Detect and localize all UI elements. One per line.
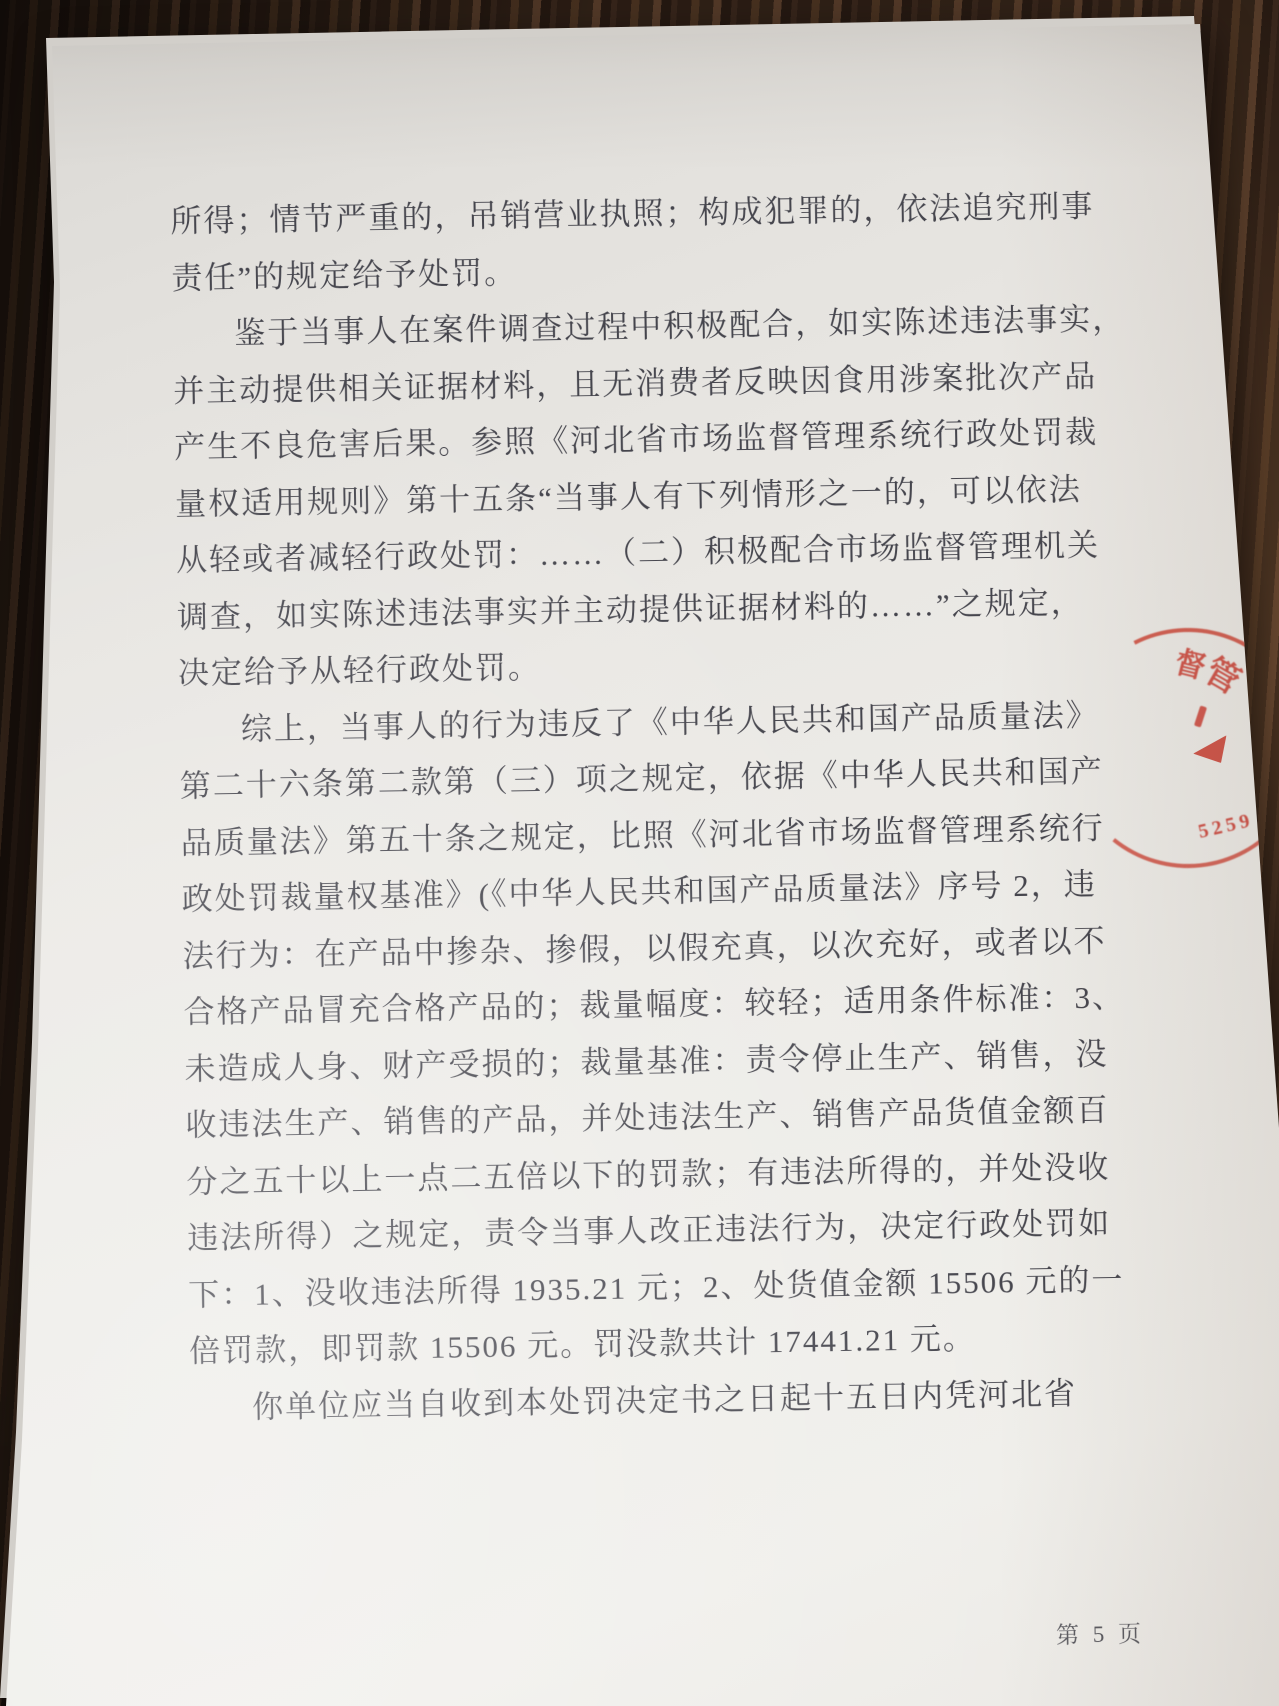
stamp-serial-digits: 5259 <box>1196 809 1256 844</box>
stamp-star-icon <box>1192 735 1230 766</box>
page-number: 第 5 页 <box>1056 1615 1146 1650</box>
document-page: 所得；情节严重的，吊销营业执照；构成犯罪的，依法追究刑事 责任”的规定给予处罚。… <box>0 0 1279 1706</box>
stamp-character-fragment: 督 <box>1171 637 1211 687</box>
paper-stack: 所得；情节严重的，吊销营业执照；构成犯罪的，依法追究刑事 责任”的规定给予处罚。… <box>0 0 1279 1706</box>
stamp-character-fragment: 管 <box>1197 644 1251 703</box>
document-body-text: 所得；情节严重的，吊销营业执照；构成犯罪的，依法追究刑事 责任”的规定给予处罚。… <box>170 179 1086 1437</box>
photo-scene: 所得；情节严重的，吊销营业执照；构成犯罪的，依法追究刑事 责任”的规定给予处罚。… <box>0 0 1279 1706</box>
stamp-stroke-fragment <box>1194 705 1207 727</box>
